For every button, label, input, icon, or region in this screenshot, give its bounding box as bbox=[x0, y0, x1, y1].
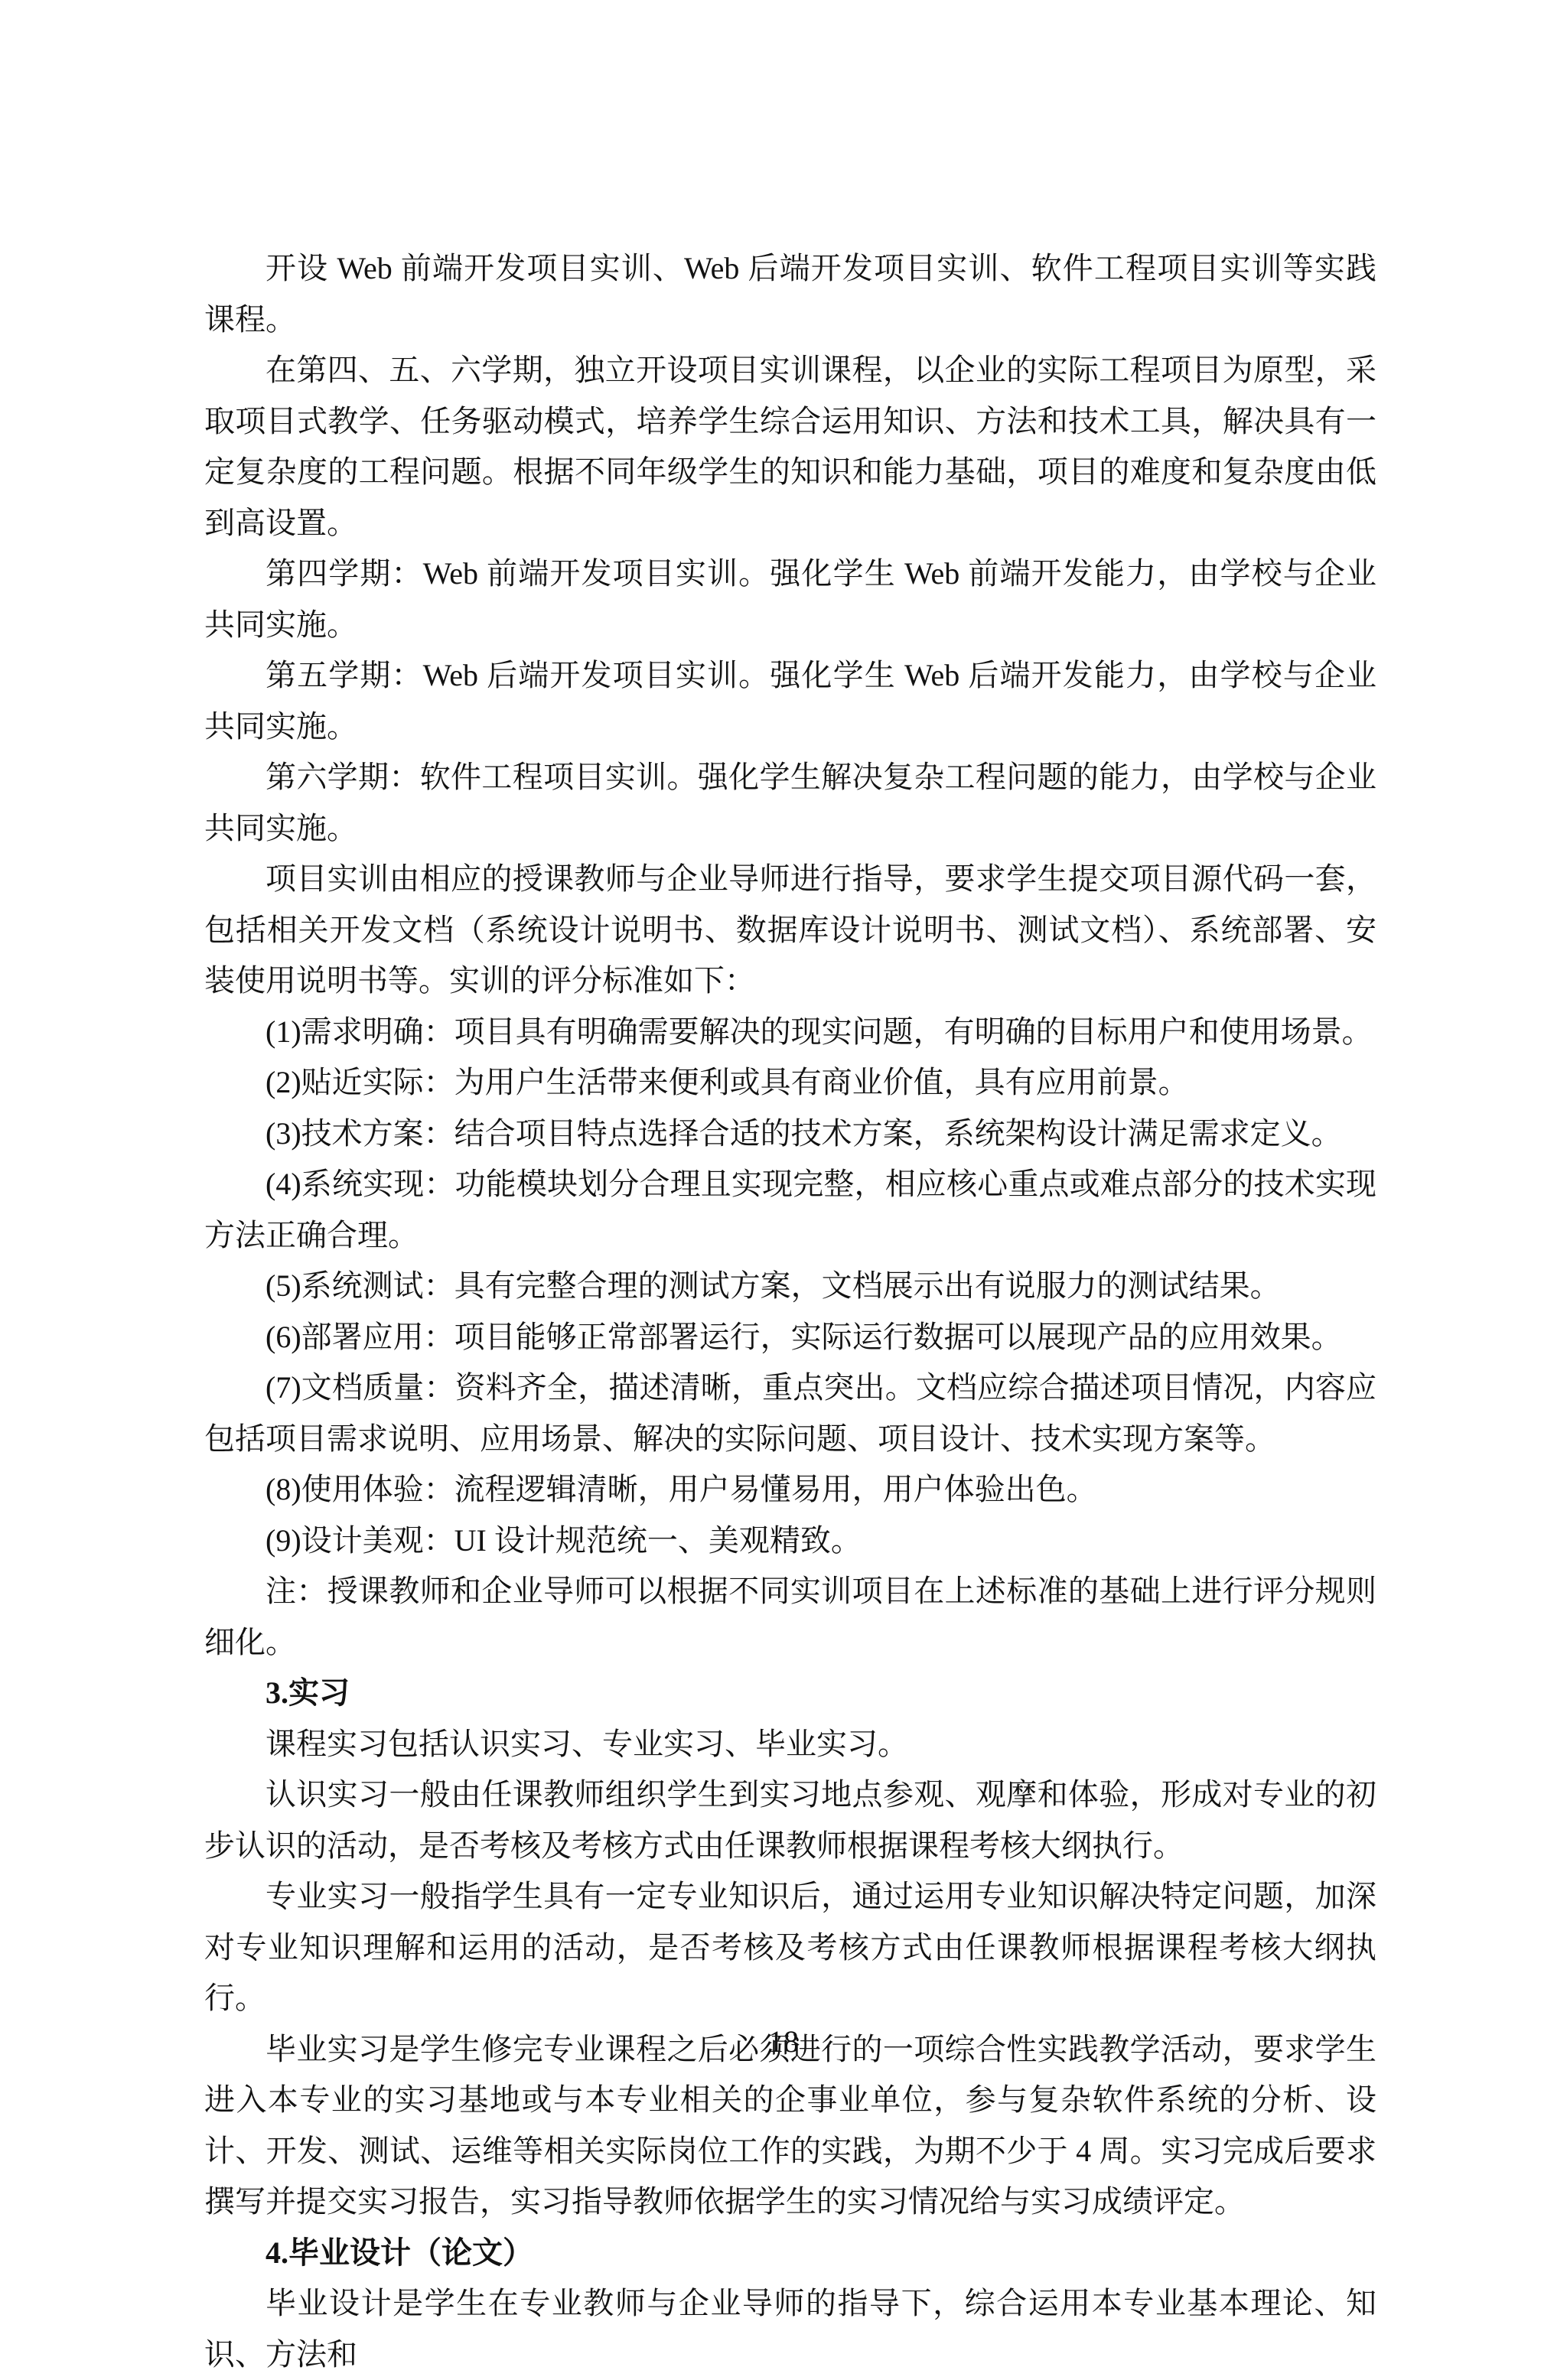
paragraph: (4)系统实现：功能模块划分合理且实现完整，相应核心重点或难点部分的技术实现方法… bbox=[204, 1159, 1376, 1261]
section-heading: 4.毕业设计（论文） bbox=[204, 2228, 1376, 2279]
page-number: 18 bbox=[768, 2023, 799, 2060]
paragraph: 项目实训由相应的授课教师与企业导师进行指导，要求学生提交项目源代码一套，包括相关… bbox=[204, 854, 1376, 1007]
paragraph: (5)系统测试：具有完整合理的测试方案，文档展示出有说服力的测试结果。 bbox=[204, 1261, 1376, 1312]
paragraph: (9)设计美观：UI 设计规范统一、美观精致。 bbox=[204, 1516, 1376, 1567]
paragraph: (3)技术方案：结合项目特点选择合适的技术方案，系统架构设计满足需求定义。 bbox=[204, 1109, 1376, 1160]
paragraph: 第六学期：软件工程项目实训。强化学生解决复杂工程问题的能力，由学校与企业共同实施… bbox=[204, 752, 1376, 854]
paragraph: (1)需求明确：项目具有明确需要解决的现实问题，有明确的目标用户和使用场景。 bbox=[204, 1007, 1376, 1058]
paragraph: (2)贴近实际：为用户生活带来便利或具有商业价值，具有应用前景。 bbox=[204, 1057, 1376, 1109]
document-page: 开设 Web 前端开发项目实训、Web 后端开发项目实训、软件工程项目实训等实践… bbox=[0, 0, 1567, 2216]
paragraph: 注：授课教师和企业导师可以根据不同实训项目在上述标准的基础上进行评分规则细化。 bbox=[204, 1566, 1376, 1668]
paragraph: 专业实习一般指学生具有一定专业知识后，通过运用专业知识解决特定问题，加深对专业知… bbox=[204, 1871, 1376, 2024]
paragraph: (7)文档质量：资料齐全，描述清晰，重点突出。文档应综合描述项目情况，内容应包括… bbox=[204, 1363, 1376, 1464]
section-heading: 3.实习 bbox=[204, 1668, 1376, 1719]
paragraph: 第四学期：Web 前端开发项目实训。强化学生 Web 前端开发能力，由学校与企业… bbox=[204, 549, 1376, 650]
paragraph: 课程实习包括认识实习、专业实习、毕业实习。 bbox=[204, 1719, 1376, 1770]
paragraph: 认识实习一般由任课教师组织学生到实习地点参观、观摩和体验，形成对专业的初步认识的… bbox=[204, 1770, 1376, 1871]
paragraph: 在第四、五、六学期，独立开设项目实训课程，以企业的实际工程项目为原型，采取项目式… bbox=[204, 345, 1376, 549]
paragraph: (8)使用体验：流程逻辑清晰，用户易懂易用，用户体验出色。 bbox=[204, 1464, 1376, 1516]
paragraph: 毕业设计是学生在专业教师与企业导师的指导下，综合运用本专业基本理论、知识、方法和 bbox=[204, 2278, 1376, 2380]
paragraph: 开设 Web 前端开发项目实训、Web 后端开发项目实训、软件工程项目实训等实践… bbox=[204, 243, 1376, 345]
paragraph: (6)部署应用：项目能够正常部署运行，实际运行数据可以展现产品的应用效果。 bbox=[204, 1312, 1376, 1363]
paragraph: 第五学期：Web 后端开发项目实训。强化学生 Web 后端开发能力，由学校与企业… bbox=[204, 650, 1376, 752]
page-footer: 18 bbox=[0, 2023, 1567, 2060]
